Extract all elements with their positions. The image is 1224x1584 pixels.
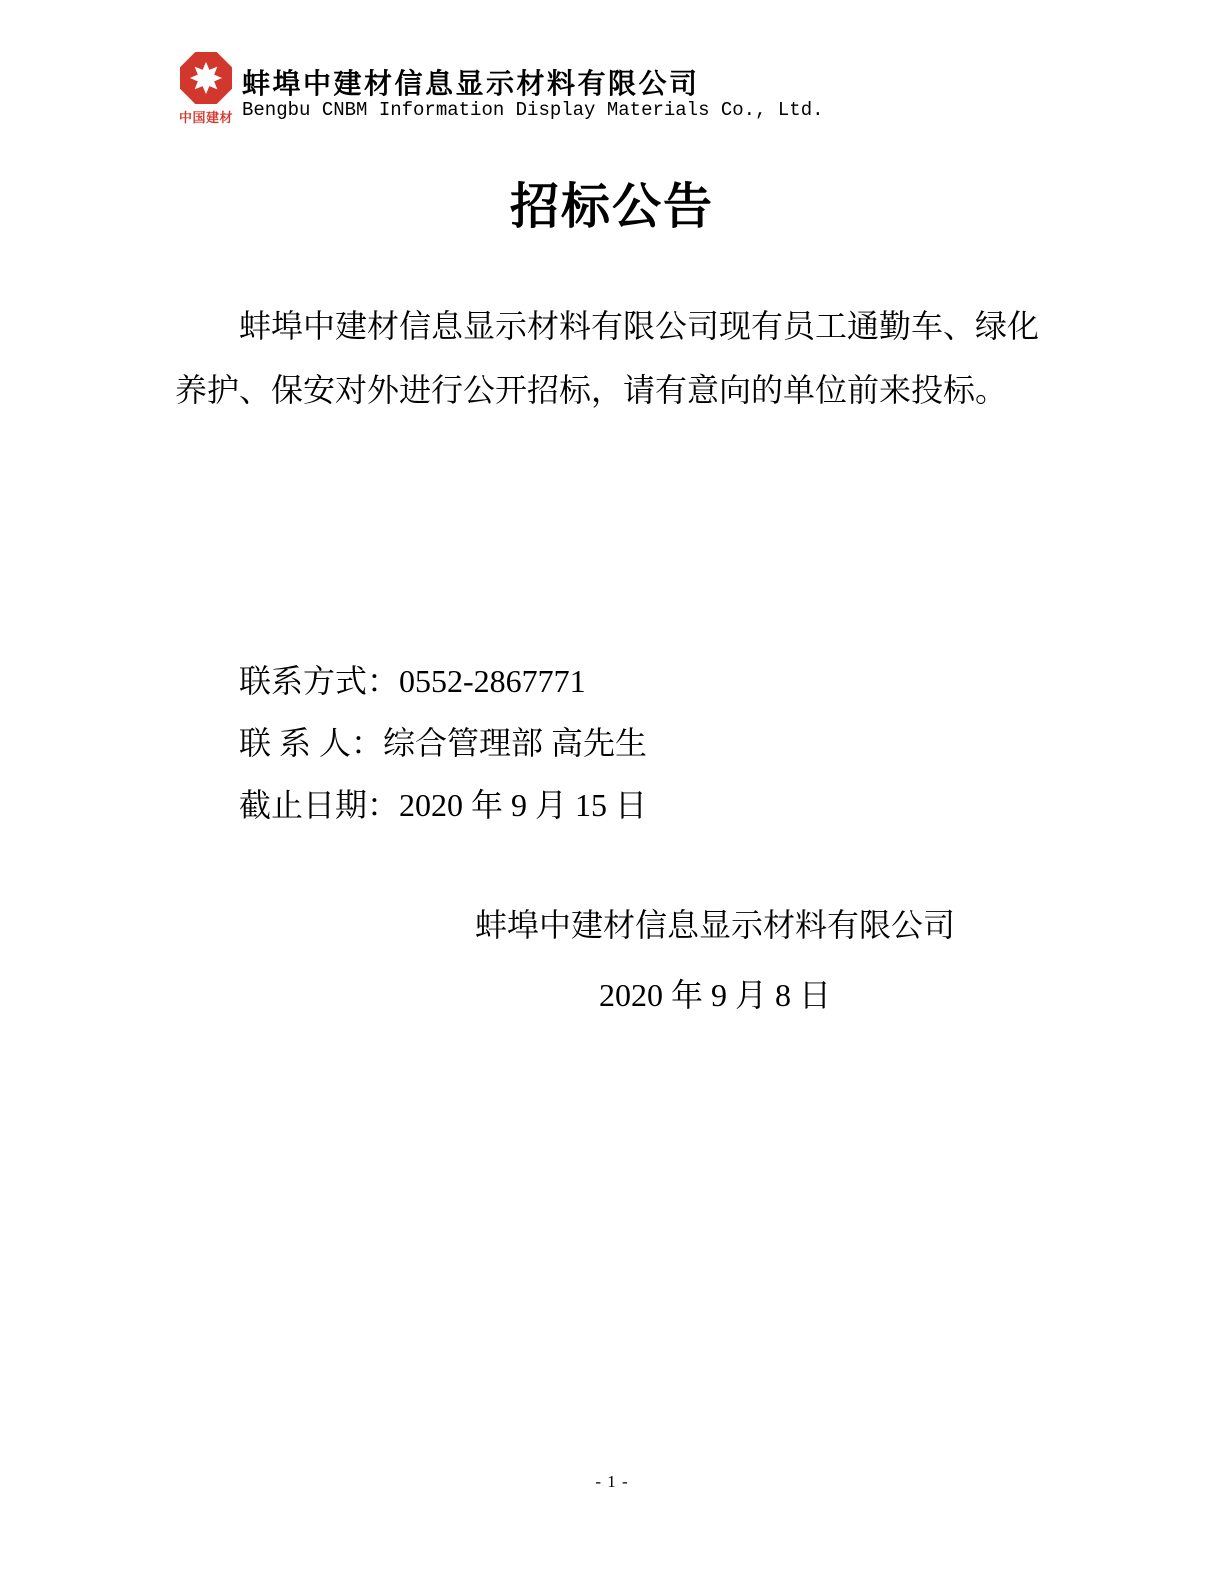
cnbm-logo-caption: 中国建材 [176, 107, 236, 126]
document-page: 中国建材 蚌埠中建材信息显示材料有限公司 Bengbu CNBM Informa… [0, 0, 1224, 1584]
signature-company: 蚌埠中建材信息显示材料有限公司 [380, 890, 1050, 960]
contact-block: 联系方式：0552-2867771 联 系 人：综合管理部 高先生 截止日期：2… [239, 650, 647, 836]
contact-deadline-line: 截止日期：2020 年 9 月 15 日 [239, 774, 647, 836]
star-shape [190, 62, 222, 94]
contact-person-line: 联 系 人：综合管理部 高先生 [239, 712, 647, 774]
page-number: - 1 - [0, 1472, 1224, 1492]
signature-block: 蚌埠中建材信息显示材料有限公司 2020 年 9 月 8 日 [380, 890, 1050, 1030]
cnbm-octagon-star-icon [180, 50, 232, 106]
body-paragraph: 蚌埠中建材信息显示材料有限公司现有员工通勤车、绿化 养护、保安对外进行公开招标，… [175, 294, 1055, 422]
company-name-zh: 蚌埠中建材信息显示材料有限公司 [242, 62, 700, 102]
company-name-en: Bengbu CNBM Information Display Material… [242, 99, 824, 121]
cnbm-logo: 中国建材 [176, 50, 236, 126]
document-title: 招标公告 [175, 168, 1049, 238]
signature-date: 2020 年 9 月 8 日 [380, 960, 1050, 1030]
contact-phone-line: 联系方式：0552-2867771 [239, 650, 647, 712]
body-line-1: 蚌埠中建材信息显示材料有限公司现有员工通勤车、绿化 [175, 294, 1055, 358]
body-line-2: 养护、保安对外进行公开招标，请有意向的单位前来投标。 [175, 358, 1055, 422]
